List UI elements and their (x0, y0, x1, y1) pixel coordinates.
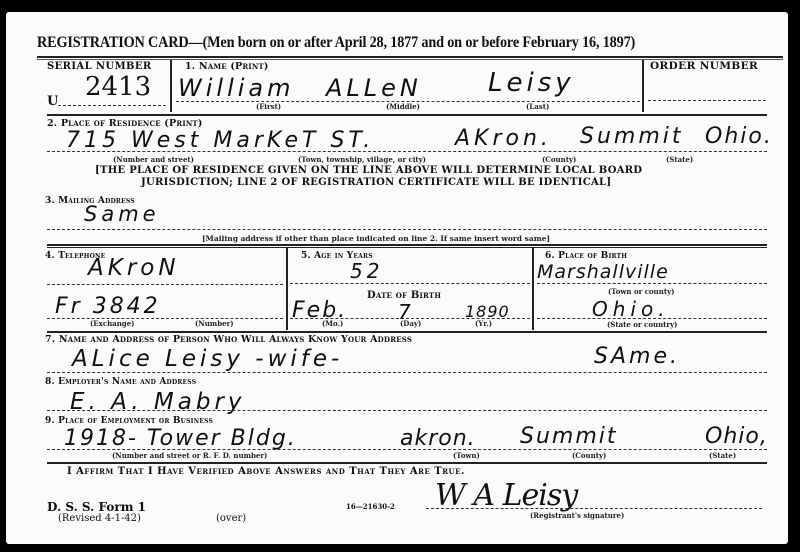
employer-value: E. A. Mabry (70, 389, 246, 415)
age-line (290, 283, 530, 284)
contact-value: ALice Leisy -wife- (72, 346, 343, 372)
mailing-line (47, 229, 767, 230)
telephone-number-sub: (Number) (195, 319, 234, 328)
employment-state: Ohio, (705, 424, 768, 449)
row9-rule (47, 462, 767, 464)
order-number-label: ORDER NUMBER (650, 60, 758, 72)
telephone-divider (286, 248, 288, 330)
serial-prefix: U (47, 94, 58, 109)
residence-town: AKron. (455, 126, 552, 151)
contact-label: 7. Name and Address of Person Who Will A… (45, 334, 412, 345)
telephone-city: AKroN (88, 255, 180, 281)
residence-note-2: JURISDICTION; LINE 2 OF REGISTRATION CER… (141, 177, 611, 189)
residence-state-sub: (State) (666, 155, 693, 164)
telephone-line-1 (47, 284, 283, 285)
residence-town-sub: (Town, township, village, or city) (298, 155, 426, 164)
row4-rule (47, 331, 767, 333)
contact-line (47, 372, 767, 373)
employment-town-sub: (Town) (453, 451, 480, 460)
telephone-exchange-sub: (Exchange) (90, 319, 134, 328)
affirmation-text: I Affirm That I Have Verified Above Answ… (67, 466, 465, 477)
title-rule (37, 56, 783, 58)
residence-street: 715 West MarKeT ST. (66, 128, 374, 153)
signature-line (426, 508, 762, 509)
birthplace-town: Marshallville (537, 261, 669, 283)
signature-label: (Registrant's signature) (530, 511, 624, 520)
residence-note-1: [THE PLACE OF RESIDENCE GIVEN ON THE LIN… (95, 165, 642, 177)
name-first: William (178, 74, 295, 102)
serial-divider (170, 60, 172, 112)
name-first-sub: (First) (256, 102, 281, 111)
age-divider (532, 248, 534, 330)
employment-county-sub: (County) (572, 451, 606, 460)
employment-town: akron. (400, 426, 476, 451)
telephone-line-2 (47, 318, 283, 319)
mailing-note: [Mailing address if other than place ind… (202, 234, 550, 243)
birthplace-town-sub: (Town or county) (608, 287, 674, 296)
employer-line (47, 410, 767, 411)
residence-county: Summit (580, 124, 684, 149)
residence-county-sub: (County) (542, 155, 576, 164)
contact-address: SAme. (594, 344, 680, 369)
residence-line (47, 151, 767, 152)
employment-line (47, 449, 767, 450)
row1-rule (47, 114, 767, 116)
serial-line (58, 105, 166, 106)
employment-county: Summit (520, 424, 618, 449)
employment-street-sub: (Number and street or R. F. D. number) (112, 451, 267, 460)
form-over: (over) (216, 513, 246, 524)
mailing-value: Same (84, 202, 160, 226)
row3-rule (47, 244, 767, 246)
card-title: REGISTRATION CARD—(Men born on or after … (37, 34, 635, 52)
name-label: 1. Name (Print) (185, 61, 269, 72)
form-code: 16—21630-2 (346, 502, 395, 511)
serial-number-label: SERIAL NUMBER (47, 61, 152, 72)
employment-state-sub: (State) (709, 451, 736, 460)
birthplace-label: 6. Place of Birth (545, 251, 627, 261)
dob-year-sub: (Yr.) (475, 319, 492, 328)
birthplace-line-2 (537, 318, 767, 319)
birthplace-line-1 (537, 283, 767, 284)
dob-day-sub: (Day) (400, 319, 421, 328)
form-name: D. S. S. Form 1 (47, 500, 146, 514)
residence-state: Ohio. (705, 124, 773, 149)
employment-label: 9. Place of Employment or Business (45, 416, 213, 426)
age-value: 52 (350, 259, 383, 283)
name-last-sub: (Last) (526, 102, 549, 111)
employer-label: 8. Employer's Name and Address (45, 377, 196, 387)
employment-street: 1918- Tower Bldg. (64, 426, 297, 451)
order-line (648, 100, 766, 101)
row3-rule-2 (47, 247, 767, 248)
form-revised: (Revised 4-1-42) (58, 513, 141, 524)
name-middle-sub: (Middle) (386, 102, 420, 111)
order-divider (642, 60, 644, 112)
name-middle: ALLeN (326, 74, 422, 102)
residence-street-sub: (Number and street) (113, 155, 194, 164)
name-last: Leisy (488, 68, 575, 98)
telephone-number: Fr 3842 (55, 294, 161, 319)
birthplace-state-sub: (State or country) (607, 320, 677, 329)
dob-month-sub: (Mo.) (322, 319, 343, 328)
serial-number-value: 2413 (85, 72, 151, 102)
